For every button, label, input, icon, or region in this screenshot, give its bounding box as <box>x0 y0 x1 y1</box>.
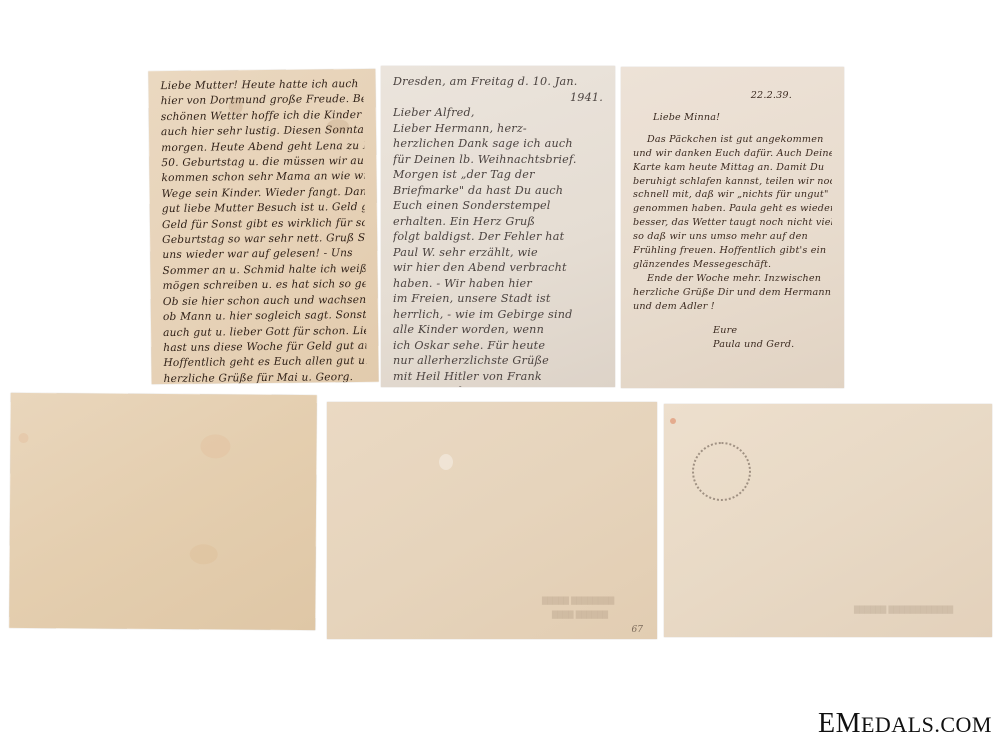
postmark-stamp <box>692 442 751 501</box>
postcard-address-side: █████ ████████ ████ ██████ 67 <box>327 402 657 639</box>
letter-line: u. Deiner alten Mieze B. <box>393 384 603 387</box>
foxing-mark <box>190 544 218 564</box>
light-spot <box>439 454 453 470</box>
letter-line: erhalten. Ein Herz Gruß <box>393 214 603 230</box>
letter-line: nur allerherzlichste Grüße <box>393 353 603 369</box>
letter-line: Briefmarke" da hast Du auch <box>393 183 603 199</box>
letter-line: folgt baldigst. Der Fehler hat <box>393 229 603 245</box>
letter-line: Ende der Woche mehr. Inzwischen <box>633 272 832 286</box>
letter-line: auch hier sehr lustig. Diesen Sonntag wi… <box>161 123 364 141</box>
letter-line: für Deinen lb. Weihnachtsbrief. <box>393 152 603 168</box>
faded-address-print: █████ ████████ <box>542 597 614 605</box>
letter-signature-names: Paula und Gerd. <box>633 338 832 352</box>
letter-line: Euch einen Sonderstempel <box>393 198 603 214</box>
faded-address-print: ████ ██████ <box>552 611 608 619</box>
pencil-mark: 67 <box>632 625 643 635</box>
letter-line: Paul W. sehr erzählt, wie <box>393 245 603 261</box>
letter-line: Frühling freuen. Hoffentlich gibt's ein <box>633 244 832 258</box>
letter-line: Morgen ist „der Tag der <box>393 167 603 183</box>
letter-line: beruhigt schlafen kannst, teilen wir noc… <box>633 175 832 189</box>
letter-line: glänzendes Messegeschäft. <box>633 258 832 272</box>
letter-card-alfred: Dresden, am Freitag d. 10. Jan. 1941. Li… <box>381 66 615 387</box>
postcard-postmarked: ██████ ████████████ <box>664 404 992 637</box>
letter-card-minna: 22.2.39. Liebe Minna! Das Päckchen ist g… <box>621 67 844 388</box>
foxing-mark <box>670 418 676 424</box>
letter-line: ich Oskar sehe. Für heute <box>393 338 603 354</box>
letter-line: Lieber Alfred, <box>393 105 603 121</box>
faded-address-print: ██████ ████████████ <box>854 606 953 614</box>
letter-line: genommen haben. Paula geht es wieder <box>633 202 832 216</box>
letter-line: ob Mann u. hier sogleich sagt. Sonst geh… <box>163 308 366 326</box>
letter-line: haben. - Wir haben hier <box>393 276 603 292</box>
letter-line: mit Heil Hitler von Frank <box>393 369 603 385</box>
letter-salutation: Liebe Minna! <box>633 111 832 125</box>
letter-line: schnell mit, daß wir „nichts für ungut" <box>633 188 832 202</box>
letter-line: und dem Adler ! <box>633 300 832 314</box>
letter-line: Hoffentlich geht es Euch allen gut u. fü… <box>163 354 366 372</box>
letter-header-year: 1941. <box>393 90 603 106</box>
letter-line: alle Kinder worden, wenn <box>393 322 603 338</box>
letter-line: besser, das Wetter taugt noch nicht viel… <box>633 216 832 230</box>
postcard-blank-reverse <box>9 393 317 630</box>
letter-line: mögen schreiben u. es hat sich so gefreu… <box>163 277 366 295</box>
letter-line: so daß wir uns umso mehr auf den <box>633 230 832 244</box>
letter-line: herrlich, - wie im Gebirge sind <box>393 307 603 323</box>
letter-line: Karte kam heute Mittag an. Damit Du <box>633 161 832 175</box>
letter-line: wir hier den Abend verbracht <box>393 260 603 276</box>
watermark-text-suffix: .COM <box>934 712 992 737</box>
foxing-mark <box>18 433 28 443</box>
letter-line: herzliche Grüße für Mai u. Georg. <box>164 370 367 385</box>
letter-line: herzliche Grüße Dir und dem Hermann <box>633 286 832 300</box>
letter-line: Lieber Hermann, herz- <box>393 121 603 137</box>
letter-line: und wir danken Euch dafür. Auch Deine <box>633 147 832 161</box>
foxing-mark <box>200 434 230 458</box>
letter-signature-eure: Eure <box>633 324 832 338</box>
emedals-watermark: EMEDALS.COM <box>818 708 992 740</box>
letter-header-date: Dresden, am Freitag d. 10. Jan. <box>393 74 603 90</box>
letter-card-mutter: Liebe Mutter! Heute hatte ich auch hier … <box>148 69 378 384</box>
letter-line: gut liebe Mutter Besuch ist u. Geld gut <box>162 200 365 218</box>
letter-line: herzlichen Dank sage ich auch <box>393 136 603 152</box>
letter-line: im Freien, unsere Stadt ist <box>393 291 603 307</box>
watermark-text-main: EM <box>818 708 861 739</box>
watermark-text-small: EDALS <box>861 712 934 737</box>
letter-line: Das Päckchen ist gut angekommen <box>633 133 832 147</box>
letter-date: 22.2.39. <box>633 89 832 103</box>
